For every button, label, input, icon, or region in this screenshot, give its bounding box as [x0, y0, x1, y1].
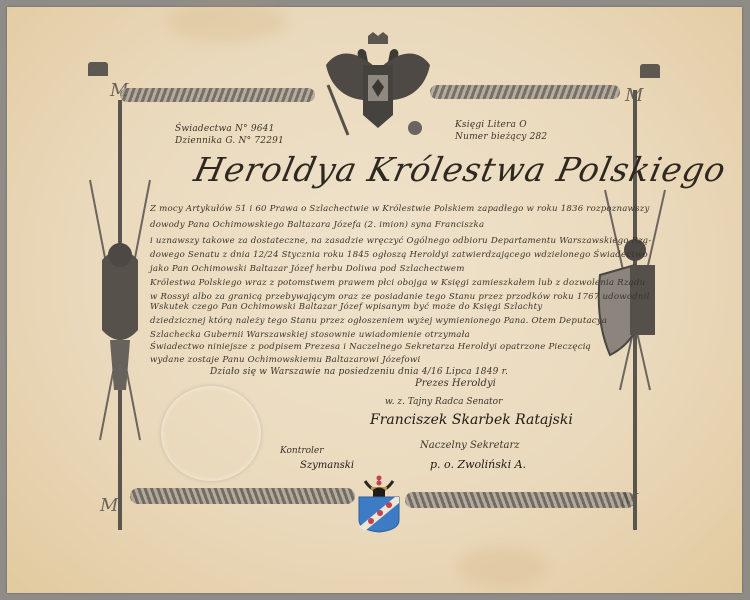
label: Dziennika G. N° [175, 136, 251, 146]
imperial-eagle-icon [318, 30, 438, 140]
page-number: Numer bieżący 282 [455, 132, 547, 142]
laurel-garland-bottom-left [130, 488, 355, 504]
secretary-signature: p. o. Zwoliński A. [430, 458, 526, 471]
value: 282 [530, 132, 548, 142]
document-title: Heroldya Królestwa Polskiego [191, 150, 730, 189]
controller-label: Kontroler [280, 446, 324, 456]
body-line-10: Szlachecka Gubernii Warszawskiej stosown… [150, 330, 470, 340]
body-line-5: jako Pan Ochimowski Baltazar Józef herbu… [150, 264, 465, 274]
secretary-title: Naczelny Sekretarz [420, 440, 520, 451]
coat-of-arms-icon [355, 475, 403, 533]
body-line-7: w Rossyi albo za granicą przebywającym o… [150, 292, 650, 302]
body-line-12: wydane zostaje Panu Ochimowskiemu Baltaz… [150, 355, 420, 365]
label: Księgi Litera [455, 120, 516, 130]
body-line-11: Świadectwo niniejsze z podpisem Prezesa … [150, 342, 591, 352]
body-line-2: dowody Pana Ochimowskiego Baltazara Józe… [150, 220, 484, 230]
body-line-1: Z mocy Artykułów 51 i 60 Prawa o Szlache… [150, 204, 650, 214]
body-line-8: Wskutek czego Pan Ochimowski Baltazar Jó… [150, 302, 542, 312]
trophy-of-arms-right-icon [590, 60, 680, 550]
president-signature: Franciszek Skarbek Ratajski [370, 412, 573, 428]
certificate-number: Świadectwa N° 9641 [175, 124, 275, 134]
trophy-of-arms-left-icon [80, 60, 160, 550]
label: Numer bieżący [455, 132, 527, 142]
embossed-seal [160, 385, 262, 482]
president-rank: w. z. Tajny Radca Senator [385, 397, 502, 407]
president-title: Prezes Heroldyi [415, 378, 496, 389]
journal-number: Dziennika G. N° 72291 [175, 136, 284, 146]
label: Świadectwa N° [175, 124, 248, 134]
body-line-6: Królestwa Polskiego wraz z potomstwem pr… [150, 278, 645, 288]
body-line-3: i uznawszy takowe za dostateczne, na zas… [150, 236, 651, 246]
paper-stain [167, 2, 287, 42]
controller-signature: Szymanski [300, 460, 354, 471]
date-place-line: Działo się w Warszawie na posiedzeniu dn… [210, 367, 508, 377]
body-line-9: dziedzicznej którą należy tego Stanu prz… [150, 316, 607, 326]
value: 9641 [251, 124, 275, 134]
value: O [519, 120, 527, 130]
paper-stain [457, 547, 547, 587]
body-line-4: dowego Senatu z dnia 12/24 Stycznia roku… [150, 250, 648, 260]
book-letter: Księgi Litera O [455, 120, 527, 130]
value: 72291 [254, 136, 284, 146]
